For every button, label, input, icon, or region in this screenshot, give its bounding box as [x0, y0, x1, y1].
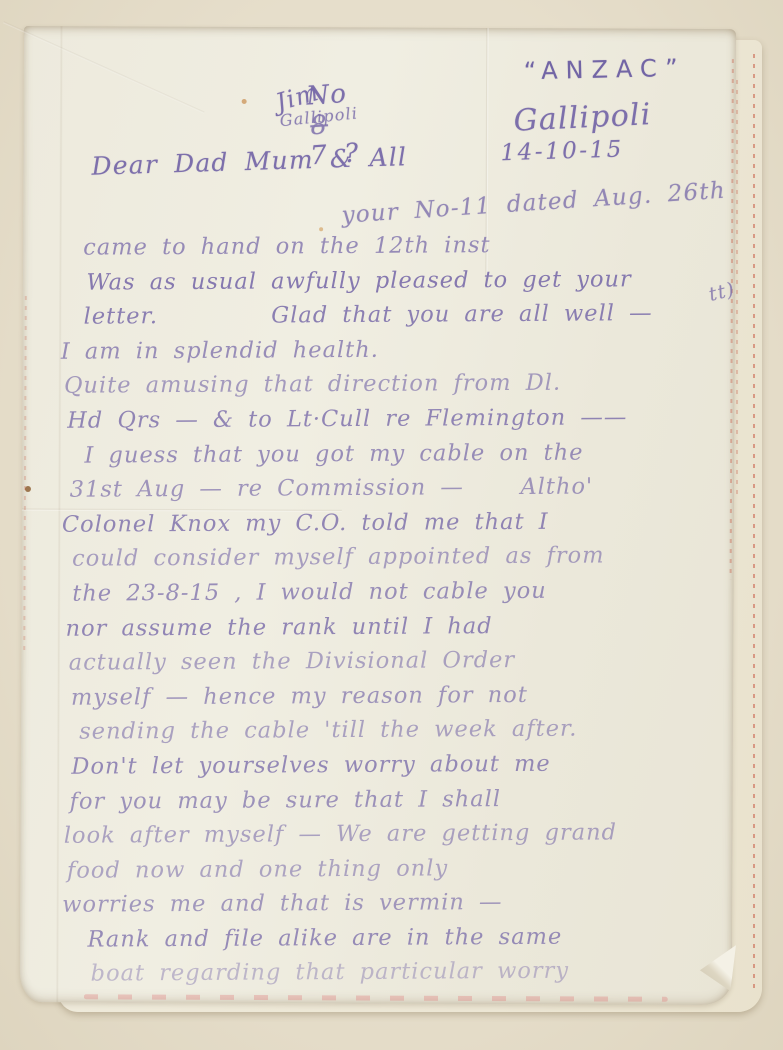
letter-line: sending the cable 'till the week after.: [79, 711, 738, 750]
letter-line: 31st Aug — re Commission — Altho': [70, 469, 737, 508]
letter-line: could consider myself appointed as from: [72, 538, 737, 577]
opening-line: your No-11 dated Aug. 26th: [341, 178, 727, 229]
letter-line: I guess that you got my cable on the: [84, 434, 736, 473]
letter-line: Quite amusing that direction from Dl.: [64, 365, 736, 404]
letter-line: Hd Qrs — & to Lt·Cull re Flemington ——: [67, 400, 736, 439]
letter-line: I am in splendid health.: [61, 330, 736, 369]
letter-title: “ANZAC”: [524, 54, 686, 86]
letter-body: came to hand on the 12th inst Was as usu…: [23, 227, 740, 992]
letter-line: Was as usual awfully pleased to get your: [86, 261, 735, 300]
letter-line: letter. Glad that you are all well —: [84, 296, 736, 335]
pink-bottom-edge-marks: [84, 994, 668, 1002]
letter-line: Colonel Knox my C.O. told me that I: [62, 503, 737, 542]
diagonal-crease: [3, 21, 204, 113]
letter-line: myself — hence my reason for not: [71, 676, 738, 715]
letter-line: look after myself — We are getting grand: [64, 815, 739, 854]
letter-line: Rank and file alike are in the same: [87, 919, 739, 958]
letter-date: 14-10-15: [500, 136, 624, 166]
letter-page: No 8 7 ? Jim Gallipoli “ANZAC” Gallipoli…: [20, 26, 736, 1005]
letter-line: came to hand on the 12th inst: [83, 227, 735, 266]
letter-line: Don't let yourselves worry about me: [71, 746, 738, 785]
letter-line: actually seen the Divisional Order: [69, 642, 738, 681]
letter-place: Gallipoli: [513, 97, 652, 139]
red-stitch-marks-right: [753, 54, 755, 992]
letter-line: the 23-8-15 , I would not cable you: [72, 573, 737, 612]
letter-line: worries me and that is vermin —: [62, 884, 739, 923]
letter-line: for you may be sure that I shall: [69, 780, 738, 819]
letter-line: nor assume the rank until I had: [65, 607, 737, 646]
letter-line: boat regarding that particular worry: [91, 953, 740, 992]
scan-mat-background: No 8 7 ? Jim Gallipoli “ANZAC” Gallipoli…: [0, 0, 783, 1050]
letter-line: food now and one thing only: [67, 849, 739, 888]
